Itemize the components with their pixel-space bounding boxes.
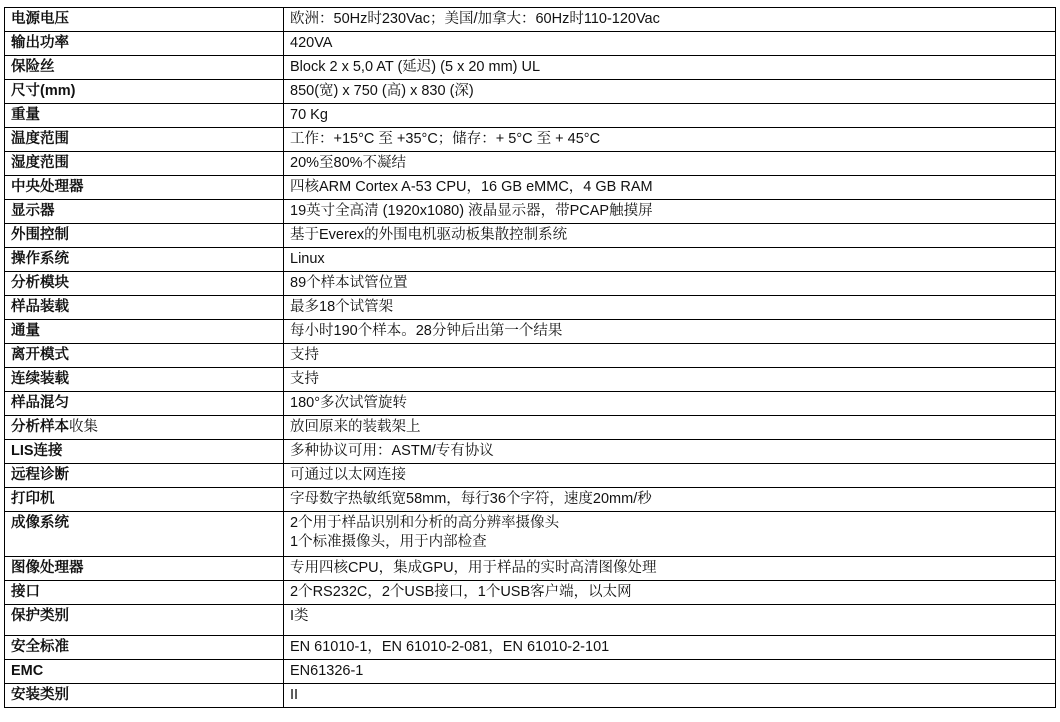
spec-value-line: 多种协议可用：ASTM/专有协议	[290, 442, 1049, 461]
spec-value-line: 最多18个试管架	[290, 298, 1049, 317]
spec-label-bold-text: 连续装载	[11, 371, 69, 387]
spec-value: 多种协议可用：ASTM/专有协议	[284, 440, 1056, 464]
spec-value: 420VA	[284, 32, 1056, 56]
spec-value-line: 19英寸全高清 (1920x1080) 液晶显示器，带PCAP触摸屏	[290, 202, 1049, 221]
spec-label-bold-text: 样品装载	[11, 299, 69, 315]
spec-value-line: 专用四核CPU，集成GPU，用于样品的实时高清图像处理	[290, 559, 1049, 578]
spec-value: 最多18个试管架	[284, 296, 1056, 320]
spec-value-line: 支持	[290, 370, 1049, 389]
spec-value-line: 每小时190个样本。28分钟后出第一个结果	[290, 322, 1049, 341]
spec-value-line: 支持	[290, 346, 1049, 365]
spec-value-line: 基于Everex的外围电机驱动板集散控制系统	[290, 226, 1049, 245]
table-row: 分析模块89个样本试管位置	[5, 272, 1056, 296]
table-row: 分析样本收集放回原来的装载架上	[5, 416, 1056, 440]
spec-label-bold-text: 重量	[11, 107, 40, 123]
spec-value-line: 工作：+15°C 至 +35°C；储存：+ 5°C 至 + 45°C	[290, 130, 1049, 149]
spec-label: 分析样本收集	[5, 416, 284, 440]
table-row: 成像系统2个用于样品识别和分析的高分辨率摄像头1个标准摄像头，用于内部检查	[5, 512, 1056, 557]
spec-value-line: 180°多次试管旋转	[290, 394, 1049, 413]
spec-value-line: 2个RS232C，2个USB接口，1个USB客户端，以太网	[290, 583, 1049, 602]
spec-value: II	[284, 684, 1056, 708]
table-row: 安全标准EN 61010-1，EN 61010-2-081，EN 61010-2…	[5, 636, 1056, 660]
spec-label: 安全标准	[5, 636, 284, 660]
spec-table-body: 电源电压欧洲：50Hz时230Vac；美国/加拿大：60Hz时110-120Va…	[5, 8, 1056, 708]
table-row: 电源电压欧洲：50Hz时230Vac；美国/加拿大：60Hz时110-120Va…	[5, 8, 1056, 32]
spec-label: 尺寸(mm)	[5, 80, 284, 104]
spec-label: 样品装载	[5, 296, 284, 320]
spec-value: 每小时190个样本。28分钟后出第一个结果	[284, 320, 1056, 344]
spec-label: 湿度范围	[5, 152, 284, 176]
table-row: LIS连接多种协议可用：ASTM/专有协议	[5, 440, 1056, 464]
spec-label-bold-text: 显示器	[11, 203, 55, 219]
spec-label-bold-text: 保护类别	[11, 608, 69, 624]
table-row: EMCEN61326-1	[5, 660, 1056, 684]
spec-value: 850(宽) x 750 (高) x 830 (深)	[284, 80, 1056, 104]
table-row: 安装类别II	[5, 684, 1056, 708]
table-row: 重量70 Kg	[5, 104, 1056, 128]
table-row: 图像处理器专用四核CPU，集成GPU，用于样品的实时高清图像处理	[5, 557, 1056, 581]
spec-label: 显示器	[5, 200, 284, 224]
spec-value-line: EN61326-1	[290, 662, 1049, 681]
spec-label-bold-text: 保险丝	[11, 59, 55, 75]
spec-label: 中央处理器	[5, 176, 284, 200]
spec-value: 基于Everex的外围电机驱动板集散控制系统	[284, 224, 1056, 248]
spec-value-line: 20%至80%不凝结	[290, 154, 1049, 173]
spec-table: 电源电压欧洲：50Hz时230Vac；美国/加拿大：60Hz时110-120Va…	[4, 7, 1056, 708]
spec-value-line: Block 2 x 5,0 AT (延迟) (5 x 20 mm) UL	[290, 58, 1049, 77]
spec-value: 四核ARM Cortex A-53 CPU，16 GB eMMC，4 GB RA…	[284, 176, 1056, 200]
spec-value: Linux	[284, 248, 1056, 272]
spec-value-line: EN 61010-1，EN 61010-2-081，EN 61010-2-101	[290, 638, 1049, 657]
table-row: 湿度范围20%至80%不凝结	[5, 152, 1056, 176]
spec-label-bold-text: EMC	[11, 663, 43, 679]
spec-label-bold-text: 通量	[11, 323, 40, 339]
spec-value-line: I类	[290, 607, 1049, 626]
spec-value: 2个用于样品识别和分析的高分辨率摄像头1个标准摄像头，用于内部检查	[284, 512, 1056, 557]
spec-value: 89个样本试管位置	[284, 272, 1056, 296]
document-page: 电源电压欧洲：50Hz时230Vac；美国/加拿大：60Hz时110-120Va…	[0, 0, 1060, 722]
table-row: 外围控制基于Everex的外围电机驱动板集散控制系统	[5, 224, 1056, 248]
table-row: 温度范围工作：+15°C 至 +35°C；储存：+ 5°C 至 + 45°C	[5, 128, 1056, 152]
spec-label-bold-text: 安全标准	[11, 639, 69, 655]
spec-label-regular-text: 收集	[69, 419, 98, 435]
spec-label: EMC	[5, 660, 284, 684]
spec-label-bold-text: 远程诊断	[11, 467, 69, 483]
spec-label-bold-text: 操作系统	[11, 251, 69, 267]
table-row: 输出功率420VA	[5, 32, 1056, 56]
spec-value: EN 61010-1，EN 61010-2-081，EN 61010-2-101	[284, 636, 1056, 660]
spec-label: 外围控制	[5, 224, 284, 248]
spec-label-bold-text: 尺寸(mm)	[11, 83, 75, 99]
spec-value-line: 89个样本试管位置	[290, 274, 1049, 293]
spec-value: EN61326-1	[284, 660, 1056, 684]
spec-value-line: Linux	[290, 250, 1049, 269]
spec-label-bold-text: 湿度范围	[11, 155, 69, 171]
spec-label: 远程诊断	[5, 464, 284, 488]
table-row: 远程诊断可通过以太网连接	[5, 464, 1056, 488]
spec-value: 180°多次试管旋转	[284, 392, 1056, 416]
table-row: 打印机字母数字热敏纸宽58mm，每行36个字符，速度20mm/秒	[5, 488, 1056, 512]
spec-value: 支持	[284, 344, 1056, 368]
table-row: 样品装载最多18个试管架	[5, 296, 1056, 320]
table-row: 显示器19英寸全高清 (1920x1080) 液晶显示器，带PCAP触摸屏	[5, 200, 1056, 224]
spec-label: 样品混匀	[5, 392, 284, 416]
spec-value-line: 70 Kg	[290, 106, 1049, 125]
spec-value-line: 1个标准摄像头，用于内部检查	[290, 533, 1049, 552]
table-row: 通量每小时190个样本。28分钟后出第一个结果	[5, 320, 1056, 344]
spec-value-line: 2个用于样品识别和分析的高分辨率摄像头	[290, 514, 1049, 533]
spec-value: 可通过以太网连接	[284, 464, 1056, 488]
spec-label: 分析模块	[5, 272, 284, 296]
table-row: 保护类别I类	[5, 605, 1056, 636]
spec-value: I类	[284, 605, 1056, 636]
spec-label-bold-text: 中央处理器	[11, 179, 84, 195]
spec-label: 连续装载	[5, 368, 284, 392]
spec-value-line: 四核ARM Cortex A-53 CPU，16 GB eMMC，4 GB RA…	[290, 178, 1049, 197]
spec-label: 温度范围	[5, 128, 284, 152]
spec-label-bold-text: 成像系统	[11, 515, 69, 531]
spec-label: 离开模式	[5, 344, 284, 368]
spec-label: 重量	[5, 104, 284, 128]
spec-label: 通量	[5, 320, 284, 344]
spec-label-bold-text: 温度范围	[11, 131, 69, 147]
spec-label-bold-text: 分析样本	[11, 419, 69, 435]
spec-value-line: 420VA	[290, 34, 1049, 53]
spec-label-bold-text: 安装类别	[11, 687, 69, 703]
table-row: 保险丝Block 2 x 5,0 AT (延迟) (5 x 20 mm) UL	[5, 56, 1056, 80]
spec-value-line: 欧洲：50Hz时230Vac；美国/加拿大：60Hz时110-120Vac	[290, 10, 1049, 29]
spec-label-bold-text: 输出功率	[11, 35, 69, 51]
spec-label-bold-text: 分析模块	[11, 275, 69, 291]
spec-label: 图像处理器	[5, 557, 284, 581]
table-row: 连续装载支持	[5, 368, 1056, 392]
spec-value: 2个RS232C，2个USB接口，1个USB客户端，以太网	[284, 581, 1056, 605]
spec-value-line: 850(宽) x 750 (高) x 830 (深)	[290, 82, 1049, 101]
spec-value: 放回原来的装载架上	[284, 416, 1056, 440]
spec-value: Block 2 x 5,0 AT (延迟) (5 x 20 mm) UL	[284, 56, 1056, 80]
table-row: 接口2个RS232C，2个USB接口，1个USB客户端，以太网	[5, 581, 1056, 605]
spec-label: 安装类别	[5, 684, 284, 708]
spec-value-line: 放回原来的装载架上	[290, 418, 1049, 437]
spec-label: 操作系统	[5, 248, 284, 272]
spec-label-bold-text: 样品混匀	[11, 395, 69, 411]
table-row: 样品混匀180°多次试管旋转	[5, 392, 1056, 416]
spec-value: 70 Kg	[284, 104, 1056, 128]
spec-value: 字母数字热敏纸宽58mm，每行36个字符，速度20mm/秒	[284, 488, 1056, 512]
table-row: 操作系统Linux	[5, 248, 1056, 272]
spec-label-bold-text: LIS连接	[11, 443, 63, 459]
spec-label: 保护类别	[5, 605, 284, 636]
spec-label-bold-text: 图像处理器	[11, 560, 84, 576]
spec-value-line: 字母数字热敏纸宽58mm，每行36个字符，速度20mm/秒	[290, 490, 1049, 509]
spec-value: 19英寸全高清 (1920x1080) 液晶显示器，带PCAP触摸屏	[284, 200, 1056, 224]
spec-value: 支持	[284, 368, 1056, 392]
spec-value: 工作：+15°C 至 +35°C；储存：+ 5°C 至 + 45°C	[284, 128, 1056, 152]
spec-value: 20%至80%不凝结	[284, 152, 1056, 176]
spec-label-bold-text: 接口	[11, 584, 40, 600]
spec-label-bold-text: 离开模式	[11, 347, 69, 363]
spec-value: 专用四核CPU，集成GPU，用于样品的实时高清图像处理	[284, 557, 1056, 581]
spec-value-line: II	[290, 686, 1049, 705]
spec-label: 打印机	[5, 488, 284, 512]
spec-label: 保险丝	[5, 56, 284, 80]
spec-label: 成像系统	[5, 512, 284, 557]
spec-label: 输出功率	[5, 32, 284, 56]
spec-value-line: 可通过以太网连接	[290, 466, 1049, 485]
table-row: 中央处理器四核ARM Cortex A-53 CPU，16 GB eMMC，4 …	[5, 176, 1056, 200]
table-row: 离开模式支持	[5, 344, 1056, 368]
spec-label-bold-text: 电源电压	[11, 11, 69, 27]
spec-label-bold-text: 打印机	[11, 491, 55, 507]
spec-label: LIS连接	[5, 440, 284, 464]
spec-label: 电源电压	[5, 8, 284, 32]
spec-value: 欧洲：50Hz时230Vac；美国/加拿大：60Hz时110-120Vac	[284, 8, 1056, 32]
spec-label-bold-text: 外围控制	[11, 227, 69, 243]
spec-label: 接口	[5, 581, 284, 605]
table-row: 尺寸(mm)850(宽) x 750 (高) x 830 (深)	[5, 80, 1056, 104]
